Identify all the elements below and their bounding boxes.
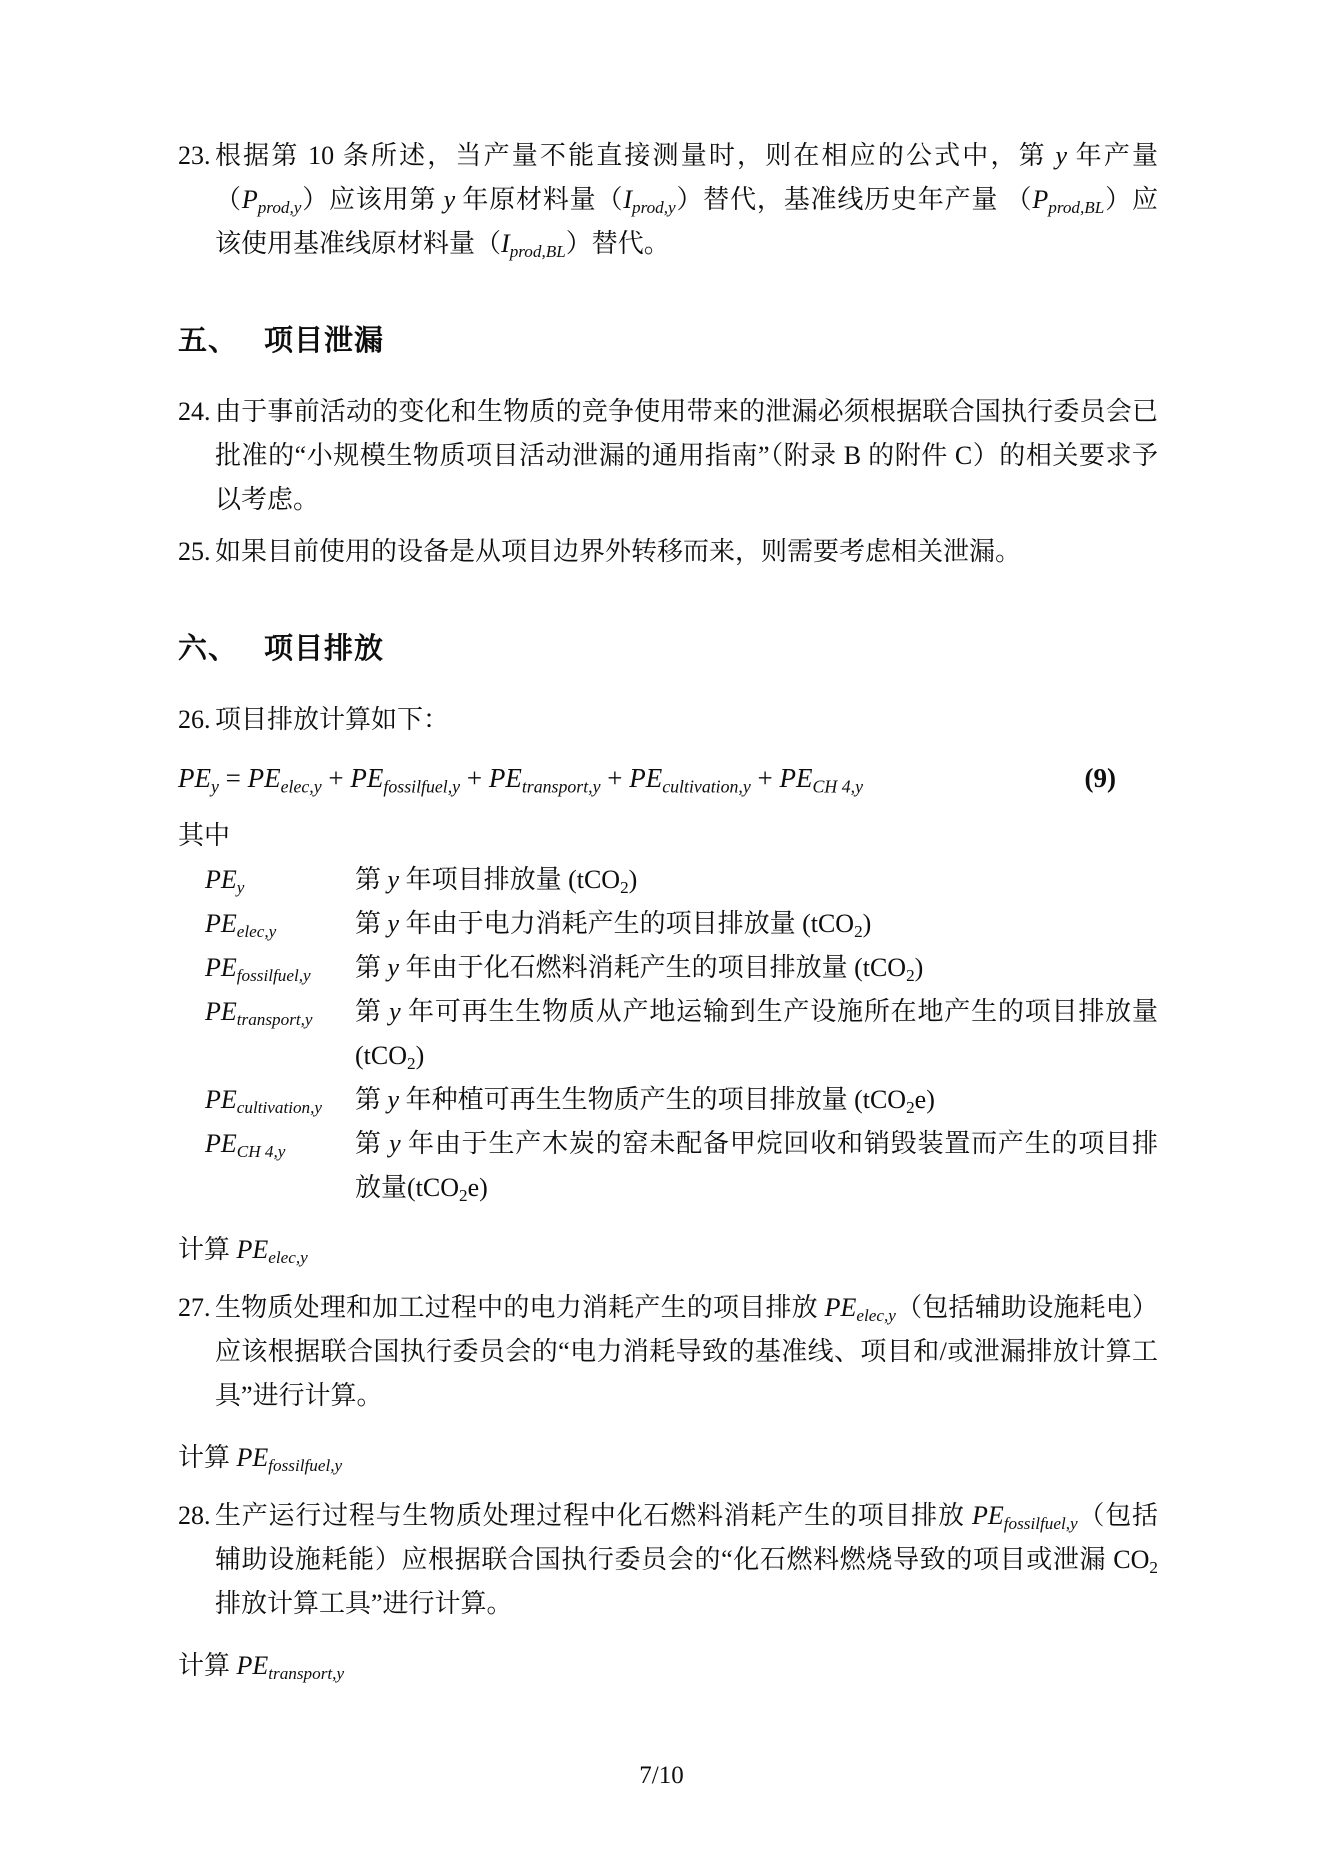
term-symbol: PEcultivation,y (205, 1078, 355, 1122)
term-definition: 第 y 年可再生生物质从产地运输到生产设施所在地产生的项目排放量(tCO2) (355, 990, 1158, 1078)
calc-pe-fossilfuel-label: 计算 PEfossilfuel,y (178, 1436, 1158, 1480)
item-23-text: 根据第 10 条所述，当产量不能直接测量时，则在相应的公式中，第 y 年产量（P… (215, 141, 1158, 258)
item-26-number: 26. (178, 698, 211, 742)
section-title: 项目泄漏 (264, 325, 384, 357)
calc-pe-elec-label: 计算 PEelec,y (178, 1228, 1158, 1272)
equation-9: PEy = PEelec,y + PEfossilfuel,y + PEtran… (178, 756, 1158, 800)
term-symbol: PEelec,y (205, 902, 355, 946)
list-item-27: 27. 生物质处理和加工过程中的电力消耗产生的项目排放 PEelec,y（包括辅… (178, 1286, 1158, 1418)
term-definition: 第 y 年种植可再生生物质产生的项目排放量 (tCO2e) (355, 1078, 1158, 1122)
section-heading-leakage: 五、项目泄漏 (178, 318, 1158, 364)
page-number: 7/10 (0, 1754, 1323, 1798)
definition-row-pe-y: PEy 第 y 年项目排放量 (tCO2) (178, 858, 1158, 902)
item-28-text: 生产运行过程与生物质处理过程中化石燃料消耗产生的项目排放 PEfossilfue… (215, 1501, 1158, 1618)
list-item-24: 24. 由于事前活动的变化和生物质的竞争使用带来的泄漏必须根据联合国执行委员会已… (178, 390, 1158, 522)
term-symbol: PEtransport,y (205, 990, 355, 1034)
document-page: 23. 根据第 10 条所述，当产量不能直接测量时，则在相应的公式中，第 y 年… (0, 0, 1323, 1871)
item-25-number: 25. (178, 530, 211, 574)
definition-row-pe-fossilfuel: PEfossilfuel,y 第 y 年由于化石燃料消耗产生的项目排放量 (tC… (178, 946, 1158, 990)
item-24-number: 24. (178, 390, 211, 434)
variable-definition-list: PEy 第 y 年项目排放量 (tCO2) PEelec,y 第 y 年由于电力… (178, 858, 1158, 1210)
section-number: 五、 (178, 325, 238, 357)
term-definition: 第 y 年项目排放量 (tCO2) (355, 858, 1158, 902)
list-item-28: 28. 生产运行过程与生物质处理过程中化石燃料消耗产生的项目排放 PEfossi… (178, 1494, 1158, 1626)
equation-body: PEy = PEelec,y + PEfossilfuel,y + PEtran… (178, 756, 863, 800)
definition-row-pe-cultivation: PEcultivation,y 第 y 年种植可再生生物质产生的项目排放量 (t… (178, 1078, 1158, 1122)
item-27-number: 27. (178, 1286, 211, 1330)
definition-row-pe-elec: PEelec,y 第 y 年由于电力消耗产生的项目排放量 (tCO2) (178, 902, 1158, 946)
item-27-text: 生物质处理和加工过程中的电力消耗产生的项目排放 PEelec,y（包括辅助设施耗… (215, 1293, 1158, 1410)
list-item-25: 25. 如果目前使用的设备是从项目边界外转移而来，则需要考虑相关泄漏。 (178, 530, 1158, 574)
item-26-text: 项目排放计算如下： (215, 705, 449, 734)
definition-row-pe-ch4: PECH 4,y 第 y 年由于生产木炭的窑未配备甲烷回收和销毁装置而产生的项目… (178, 1122, 1158, 1210)
item-23-number: 23. (178, 134, 211, 178)
where-label: 其中 (178, 814, 1158, 858)
definition-row-pe-transport: PEtransport,y 第 y 年可再生生物质从产地运输到生产设施所在地产生… (178, 990, 1158, 1078)
term-symbol: PEy (205, 858, 355, 902)
item-25-text: 如果目前使用的设备是从项目边界外转移而来，则需要考虑相关泄漏。 (215, 537, 1021, 566)
term-definition: 第 y 年由于生产木炭的窑未配备甲烷回收和销毁装置而产生的项目排放量(tCO2e… (355, 1122, 1158, 1210)
item-28-number: 28. (178, 1494, 211, 1538)
term-definition: 第 y 年由于化石燃料消耗产生的项目排放量 (tCO2) (355, 946, 1158, 990)
calc-pe-transport-label: 计算 PEtransport,y (178, 1644, 1158, 1688)
section-heading-project-emissions: 六、项目排放 (178, 626, 1158, 672)
section-number: 六、 (178, 633, 238, 665)
section-title: 项目排放 (264, 633, 384, 665)
term-symbol: PECH 4,y (205, 1122, 355, 1166)
list-item-23: 23. 根据第 10 条所述，当产量不能直接测量时，则在相应的公式中，第 y 年… (178, 134, 1158, 266)
term-definition: 第 y 年由于电力消耗产生的项目排放量 (tCO2) (355, 902, 1158, 946)
equation-number: (9) (1085, 756, 1116, 800)
item-24-text: 由于事前活动的变化和生物质的竞争使用带来的泄漏必须根据联合国执行委员会已批准的“… (215, 397, 1158, 514)
list-item-26: 26. 项目排放计算如下： (178, 698, 1158, 742)
page-content: 23. 根据第 10 条所述，当产量不能直接测量时，则在相应的公式中，第 y 年… (178, 134, 1158, 1702)
term-symbol: PEfossilfuel,y (205, 946, 355, 990)
